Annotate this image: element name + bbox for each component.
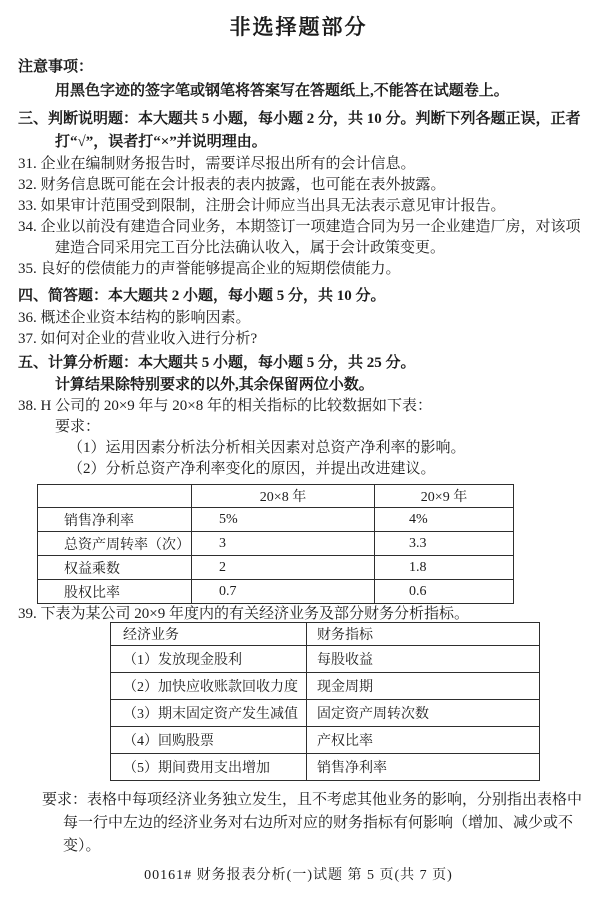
item-31: 31. 企业在编制财务报告时，需要详尽报出所有的会计信息。 — [18, 154, 597, 175]
notice-label: 注意事项： — [18, 56, 597, 78]
q38-table-cell: 4% — [375, 508, 514, 532]
q38-table-cell: 权益乘数 — [38, 556, 192, 580]
q38-table-cell: 股权比率 — [38, 580, 192, 604]
q38-table-header-row: 20×8 年 20×9 年 — [38, 485, 514, 508]
q39-table-row: （1）发放现金股利 每股收益 — [111, 646, 540, 673]
q38-table-row: 股权比率 0.7 0.6 — [38, 580, 514, 604]
q39-table: 经济业务 财务指标 （1）发放现金股利 每股收益 （2）加快应收账款回收力度 现… — [110, 622, 540, 781]
q39-table-header-cell: 经济业务 — [111, 623, 307, 646]
section4-heading: 四、简答题：本大题共 2 小题，每小题 5 分，共 10 分。 — [18, 285, 597, 308]
q38-table-header-cell: 20×8 年 — [192, 485, 375, 508]
q38-requirement-2: （2）分析总资产净利率变化的原因，并提出改进建议。 — [68, 459, 597, 480]
q38-table-row: 销售净利率 5% 4% — [38, 508, 514, 532]
q39-table-cell: （4）回购股票 — [111, 727, 307, 754]
q38-table: 20×8 年 20×9 年 销售净利率 5% 4% 总资产周转率（次） 3 3.… — [37, 484, 514, 604]
item-33: 33. 如果审计范围受到限制，注册会计师应当出具无法表示意见审计报告。 — [18, 196, 597, 217]
q38-table-header-cell: 20×9 年 — [375, 485, 514, 508]
item-35: 35. 良好的偿债能力的声誉能够提高企业的短期偿债能力。 — [18, 259, 597, 280]
q39-require-line2: 每一行中左边的经济业务对右边所对应的财务指标有何影响（增加、减少或不 — [63, 812, 597, 835]
q38-requirement-1: （1）运用因素分析法分析相关因素对总资产净利率的影响。 — [68, 438, 597, 459]
q39-table-cell: 销售净利率 — [307, 754, 540, 781]
q38-table-cell: 5% — [192, 508, 375, 532]
q39-table-cell: （5）期间费用支出增加 — [111, 754, 307, 781]
q38-require-label: 要求： — [55, 417, 597, 438]
q38-table-cell: 1.8 — [375, 556, 514, 580]
section5-heading-line1: 五、计算分析题：本大题共 5 小题，每小题 5 分，共 25 分。 — [18, 352, 597, 375]
q38-table-cell: 总资产周转率（次） — [38, 532, 192, 556]
q39-table-cell: （2）加快应收账款回收力度 — [111, 673, 307, 700]
item-34-line1: 34. 企业以前没有建造合同业务，本期签订一项建造合同为另一企业建造厂房，对该项 — [18, 217, 597, 238]
q39-table-row: （2）加快应收账款回收力度 现金周期 — [111, 673, 540, 700]
q39-table-cell: （3）期末固定资产发生减值 — [111, 700, 307, 727]
q38-table-cell: 3.3 — [375, 532, 514, 556]
q39-table-cell: 产权比率 — [307, 727, 540, 754]
item-36: 36. 概述企业资本结构的影响因素。 — [18, 308, 597, 329]
q39-table-header-row: 经济业务 财务指标 — [111, 623, 540, 646]
q39-table-row: （3）期末固定资产发生减值 固定资产周转次数 — [111, 700, 540, 727]
q38-table-cell: 3 — [192, 532, 375, 556]
section3-heading-line2: 打“√”，误者打“×”并说明理由。 — [55, 131, 597, 154]
q39-table-cell: （1）发放现金股利 — [111, 646, 307, 673]
q39-table-row: （4）回购股票 产权比率 — [111, 727, 540, 754]
q38-table-row: 总资产周转率（次） 3 3.3 — [38, 532, 514, 556]
page-title: 非选择题部分 — [0, 12, 597, 42]
q38-table-cell: 0.6 — [375, 580, 514, 604]
q39-require-line3: 变）。 — [63, 835, 597, 858]
q38-table-cell: 销售净利率 — [38, 508, 192, 532]
q39-table-row: （5）期间费用支出增加 销售净利率 — [111, 754, 540, 781]
question-38-stem: 38. H 公司的 20×9 年与 20×8 年的相关指标的比较数据如下表： — [18, 396, 597, 417]
item-32: 32. 财务信息既可能在会计报表的表内披露，也可能在表外披露。 — [18, 175, 597, 196]
q39-table-header-cell: 财务指标 — [307, 623, 540, 646]
q38-table-row: 权益乘数 2 1.8 — [38, 556, 514, 580]
question-39-stem: 39. 下表为某公司 20×9 年度内的有关经济业务及部分财务分析指标。 — [18, 606, 597, 622]
q38-table-cell: 0.7 — [192, 580, 375, 604]
q39-table-cell: 每股收益 — [307, 646, 540, 673]
section5-heading-line2: 计算结果除特别要求的以外,其余保留两位小数。 — [55, 375, 597, 396]
section3-heading-line1: 三、判断说明题：本大题共 5 小题，每小题 2 分，共 10 分。判断下列各题正… — [18, 108, 597, 131]
q39-table-cell: 固定资产周转次数 — [307, 700, 540, 727]
notice-text: 用黑色字迹的签字笔或钢笔将答案写在答题纸上,不能答在试题卷上。 — [55, 80, 597, 102]
q39-table-cell: 现金周期 — [307, 673, 540, 700]
q38-table-cell: 2 — [192, 556, 375, 580]
page-footer: 00161# 财务报表分析(一)试题 第 5 页(共 7 页) — [0, 866, 597, 886]
item-37: 37. 如何对企业的营业收入进行分析? — [18, 329, 597, 350]
exam-page: 非选择题部分 注意事项： 用黑色字迹的签字笔或钢笔将答案写在答题纸上,不能答在试… — [0, 0, 597, 905]
item-34-line2: 建造合同采用完工百分比法确认收入，属于会计政策变更。 — [55, 238, 597, 259]
q38-table-header-cell — [38, 485, 192, 508]
q39-require-line1: 要求：表格中每项经济业务独立发生，且不考虑其他业务的影响，分别指出表格中 — [42, 789, 597, 812]
